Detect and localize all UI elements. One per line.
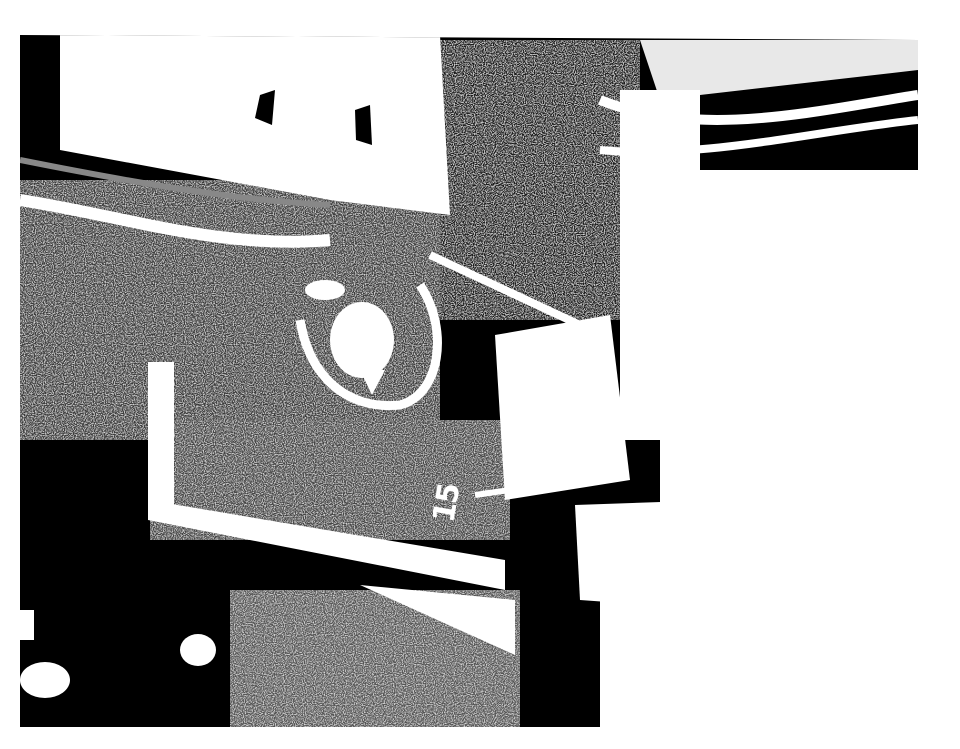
callout-label: 15 <box>426 482 467 525</box>
photo-canvas <box>0 0 960 749</box>
